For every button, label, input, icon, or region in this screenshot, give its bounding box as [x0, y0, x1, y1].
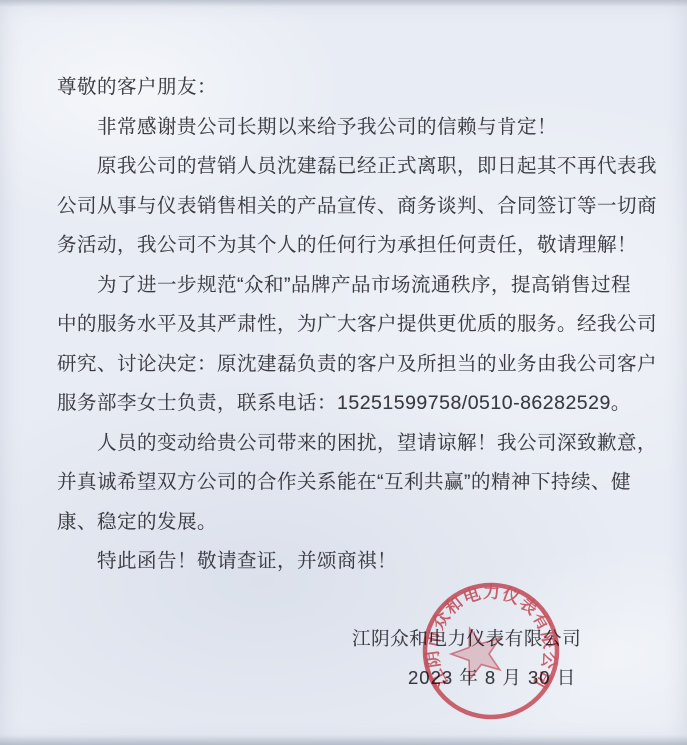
letter-line: 研究、讨论决定：原沈建磊负责的客户及所担当的业务由我公司客户 [57, 345, 639, 385]
signature-company-name: 江阴众和电力仪表有限公司 [352, 625, 581, 651]
letter-line: 人员的变动给贵公司带来的困扰，望请谅解！我公司深致歉意， [57, 424, 639, 464]
letter-line: 服务部李女士负责，联系电话：15251599758/0510-86282529。 [57, 384, 639, 424]
letter-line: 非常感谢贵公司长期以来给予我公司的信赖与肯定！ [57, 108, 639, 148]
letter-line: 务活动，我公司不为其个人的任何行为承担任何责任，敬请理解！ [57, 226, 639, 266]
letter-line: 原我公司的营销人员沈建磊已经正式离职，即日起其不再代表我 [57, 147, 639, 187]
letter-line: 公司从事与仪表销售相关的产品宣传、商务谈判、合同签订等一切商 [57, 187, 639, 227]
letter-line: 康、稳定的发展。 [57, 503, 639, 543]
letter-body: 尊敬的客户朋友：非常感谢贵公司长期以来给予我公司的信赖与肯定！原我公司的营销人员… [57, 68, 639, 582]
scanned-letter-page: 尊敬的客户朋友：非常感谢贵公司长期以来给予我公司的信赖与肯定！原我公司的营销人员… [0, 0, 687, 745]
signature-date: 2023 年 8 月 30 日 [408, 664, 576, 690]
company-seal: 江阴市众和电力仪表有限公司 [406, 566, 576, 736]
letter-line: 为了进一步规范“众和”品牌产品市场流通秩序，提高销售过程 [57, 266, 639, 306]
letter-line: 中的服务水平及其严肃性，为广大客户提供更优质的服务。经我公司 [57, 305, 639, 345]
letter-line: 尊敬的客户朋友： [57, 68, 639, 108]
letter-line: 特此函告！敬请查证，并颂商祺！ [57, 542, 639, 582]
seal-ring-circle [425, 585, 557, 717]
letter-line: 并真诚希望双方公司的合作关系能在“互利共赢”的精神下持续、健 [57, 463, 639, 503]
